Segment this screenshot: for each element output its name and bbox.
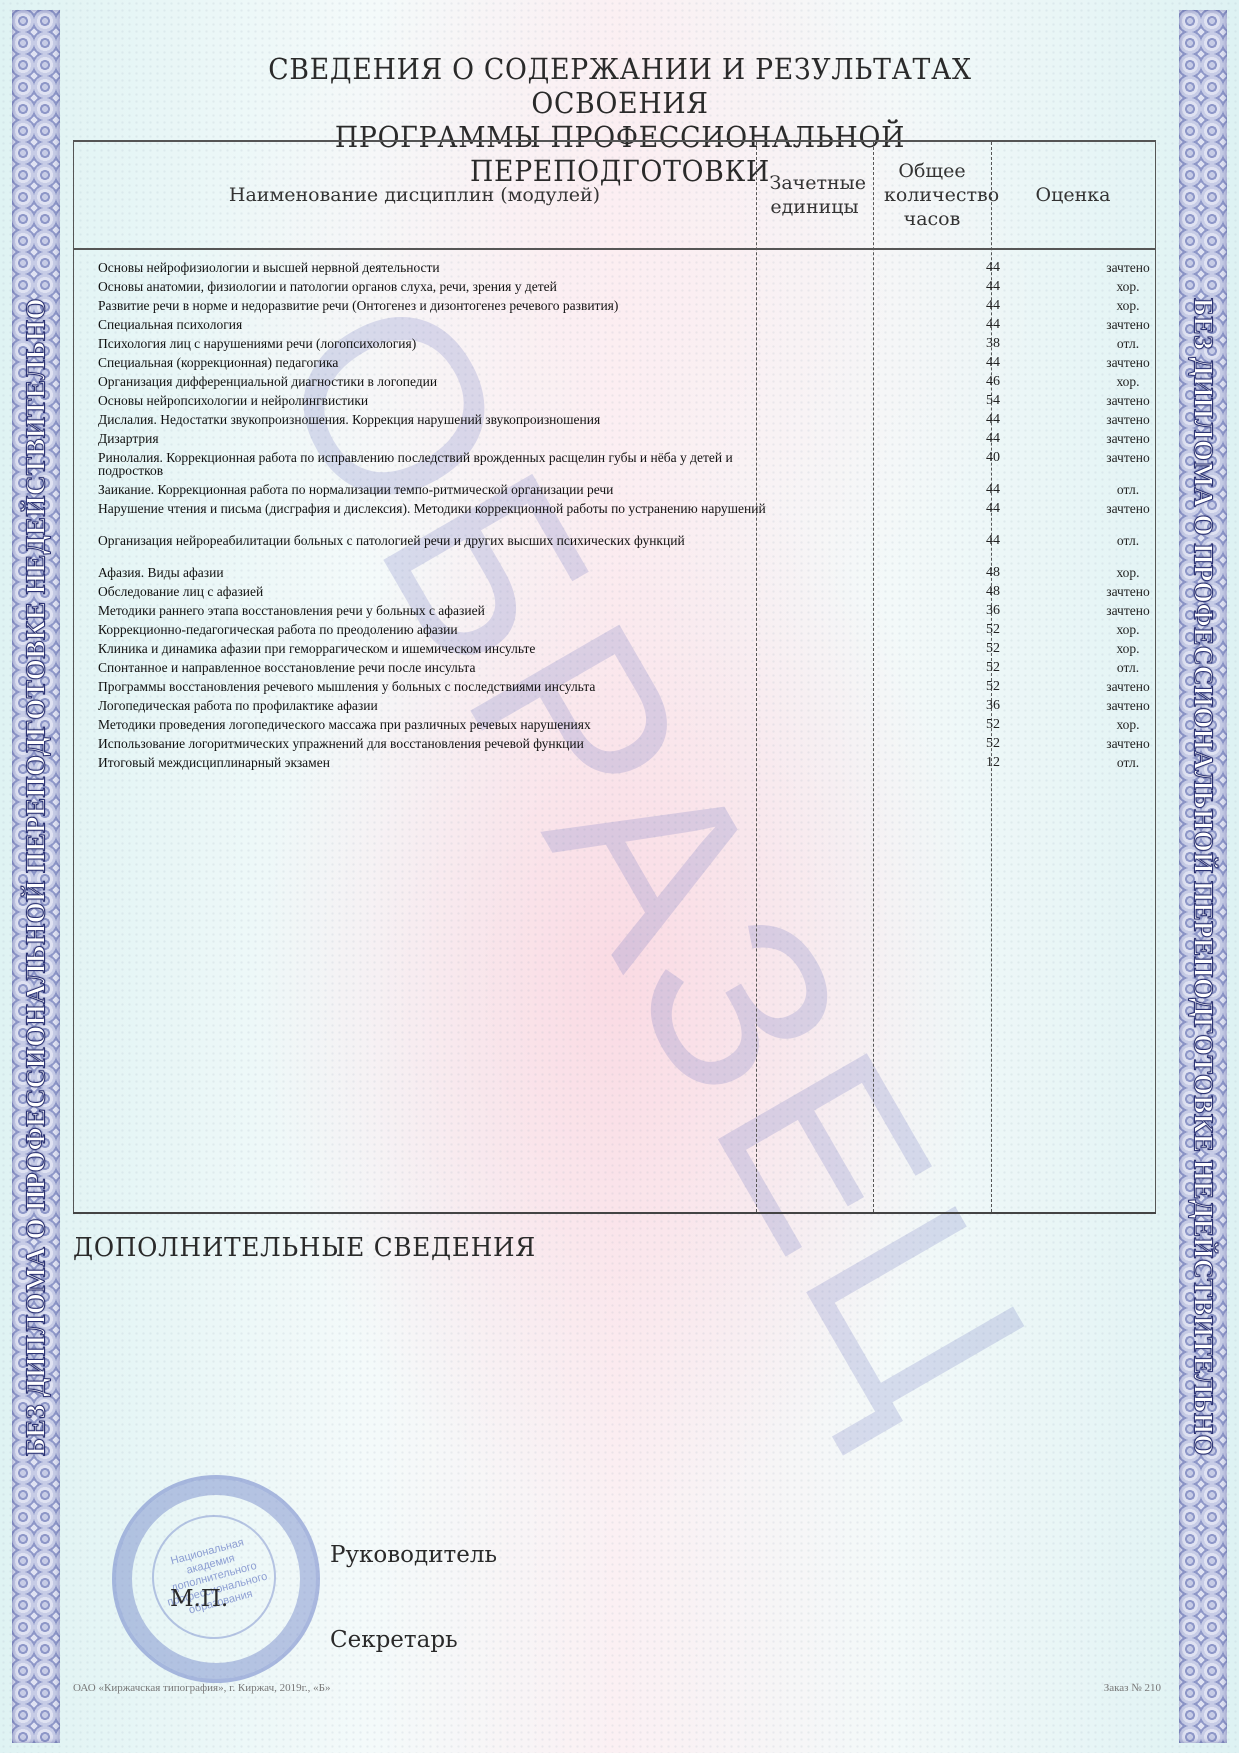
discipline-hours: 44: [958, 502, 1028, 515]
discipline-hours: 52: [958, 661, 1028, 674]
discipline-name: Специальная (коррекционная) педагогика: [98, 356, 768, 369]
discipline-name: Дизартрия: [98, 432, 768, 445]
table-row: Спонтанное и направленное восстановление…: [73, 661, 1156, 680]
table-row: Дизартрия44зачтено: [73, 432, 1156, 451]
table-row: Использование логоритмических упражнений…: [73, 737, 1156, 756]
discipline-name: Программы восстановления речевого мышлен…: [98, 680, 768, 693]
header-hours-label: Общее количество часов: [884, 159, 980, 231]
disciplines-table: Наименование дисциплин (модулей) Зачетны…: [73, 140, 1156, 1214]
title-line-1: СВЕДЕНИЯ О СОДЕРЖАНИИ И РЕЗУЛЬТАТАХ ОСВО…: [188, 52, 1053, 120]
discipline-hours: 52: [958, 737, 1028, 750]
discipline-hours: 46: [958, 375, 1028, 388]
table-row: Организация нейрореабилитации больных с …: [73, 534, 1156, 566]
secretary-signature-label: Секретарь: [330, 1627, 458, 1653]
discipline-name: Основы нейрофизиологии и высшей нервной …: [98, 261, 768, 274]
table-row: Развитие речи в норме и недоразвитие реч…: [73, 299, 1156, 318]
discipline-name: Психология лиц с нарушениями речи (логоп…: [98, 337, 768, 350]
discipline-name: Спонтанное и направленное восстановление…: [98, 661, 768, 674]
table-row: Основы анатомии, физиологии и патологии …: [73, 280, 1156, 299]
table-row: Логопедическая работа по профилактике аф…: [73, 699, 1156, 718]
discipline-hours: 52: [958, 680, 1028, 693]
discipline-grade: отл.: [1073, 756, 1183, 769]
header-hours: Общее количество часов: [873, 142, 991, 248]
discipline-hours: 12: [958, 756, 1028, 769]
discipline-hours: 52: [958, 718, 1028, 731]
head-signature-label: Руководитель: [330, 1542, 497, 1568]
discipline-name: Основы анатомии, физиологии и патологии …: [98, 280, 768, 293]
discipline-name: Коррекционно-педагогическая работа по пр…: [98, 623, 768, 636]
border-warning-text: БЕЗ ДИПЛОМА О ПРОФЕССИОНАЛЬНОЙ ПЕРЕПОДГО…: [21, 298, 52, 1456]
discipline-hours: 38: [958, 337, 1028, 350]
security-border-right: БЕЗ ДИПЛОМА О ПРОФЕССИОНАЛЬНОЙ ПЕРЕПОДГО…: [1179, 10, 1227, 1743]
discipline-hours: 44: [958, 432, 1028, 445]
discipline-name: Обследование лиц с афазией: [98, 585, 768, 598]
discipline-name: Методики раннего этапа восстановления ре…: [98, 604, 768, 617]
discipline-hours: 48: [958, 585, 1028, 598]
discipline-hours: 44: [958, 318, 1028, 331]
discipline-name: Логопедическая работа по профилактике аф…: [98, 699, 768, 712]
discipline-hours: 44: [958, 356, 1028, 369]
discipline-grade: хор.: [1073, 280, 1183, 293]
discipline-name: Дислалия. Недостатки звукопроизношения. …: [98, 413, 768, 426]
table-row: Дислалия. Недостатки звукопроизношения. …: [73, 413, 1156, 432]
discipline-name: Методики проведения логопедического масс…: [98, 718, 768, 731]
discipline-name: Ринолалия. Коррекционная работа по испра…: [98, 451, 768, 477]
discipline-grade: зачтено: [1073, 413, 1183, 426]
additional-info-title: ДОПОЛНИТЕЛЬНЫЕ СВЕДЕНИЯ: [73, 1233, 536, 1263]
discipline-hours: 44: [958, 413, 1028, 426]
discipline-name: Клиника и динамика афазии при геморрагич…: [98, 642, 768, 655]
table-row: Итоговый междисциплинарный экзамен12отл.: [73, 756, 1156, 775]
header-credits-label: Зачетные единицы: [770, 171, 860, 219]
printer-info: ОАО «Киржачская типография», г. Киржач, …: [73, 1682, 331, 1694]
discipline-grade: зачтено: [1073, 261, 1183, 274]
table-row: Организация дифференциальной диагностики…: [73, 375, 1156, 394]
discipline-hours: 48: [958, 566, 1028, 579]
discipline-grade: хор.: [1073, 375, 1183, 388]
seal-place-label: М.П.: [170, 1586, 228, 1612]
security-border-left: БЕЗ ДИПЛОМА О ПРОФЕССИОНАЛЬНОЙ ПЕРЕПОДГО…: [12, 10, 60, 1743]
discipline-grade: зачтено: [1073, 604, 1183, 617]
table-row: Афазия. Виды афазии48хор.: [73, 566, 1156, 585]
table-row: Нарушение чтения и письма (дисграфия и д…: [73, 502, 1156, 534]
header-discipline: Наименование дисциплин (модулей): [73, 142, 756, 248]
table-row: Программы восстановления речевого мышлен…: [73, 680, 1156, 699]
discipline-name: Основы нейропсихологии и нейролингвистик…: [98, 394, 768, 407]
header-credits: Зачетные единицы: [756, 142, 873, 248]
discipline-hours: 54: [958, 394, 1028, 407]
discipline-grade: зачтено: [1073, 432, 1183, 445]
discipline-name: Нарушение чтения и письма (дисграфия и д…: [98, 502, 768, 515]
table-row: Специальная психология44зачтено: [73, 318, 1156, 337]
discipline-grade: отл.: [1073, 534, 1183, 547]
discipline-grade: отл.: [1073, 337, 1183, 350]
discipline-hours: 44: [958, 534, 1028, 547]
discipline-hours: 44: [958, 299, 1028, 312]
discipline-hours: 40: [958, 451, 1028, 464]
table-row: Основы нейрофизиологии и высшей нервной …: [73, 261, 1156, 280]
table-row: Клиника и динамика афазии при геморрагич…: [73, 642, 1156, 661]
discipline-grade: хор.: [1073, 642, 1183, 655]
discipline-name: Специальная психология: [98, 318, 768, 331]
discipline-hours: 52: [958, 623, 1028, 636]
discipline-grade: зачтено: [1073, 502, 1183, 515]
discipline-name: Заикание. Коррекционная работа по нормал…: [98, 483, 768, 496]
table-row: Методики раннего этапа восстановления ре…: [73, 604, 1156, 623]
discipline-grade: зачтено: [1073, 318, 1183, 331]
discipline-hours: 36: [958, 699, 1028, 712]
order-number: Заказ № 210: [1104, 1682, 1161, 1694]
table-row: Обследование лиц с афазией48зачтено: [73, 585, 1156, 604]
discipline-grade: зачтено: [1073, 737, 1183, 750]
discipline-grade: хор.: [1073, 718, 1183, 731]
discipline-grade: отл.: [1073, 483, 1183, 496]
table-row: Методики проведения логопедического масс…: [73, 718, 1156, 737]
discipline-hours: 44: [958, 483, 1028, 496]
discipline-grade: хор.: [1073, 299, 1183, 312]
discipline-name: Развитие речи в норме и недоразвитие реч…: [98, 299, 768, 312]
discipline-grade: хор.: [1073, 623, 1183, 636]
discipline-name: Итоговый междисциплинарный экзамен: [98, 756, 768, 769]
discipline-grade: зачтено: [1073, 451, 1183, 464]
table-row: Заикание. Коррекционная работа по нормал…: [73, 483, 1156, 502]
table-row: Ринолалия. Коррекционная работа по испра…: [73, 451, 1156, 483]
discipline-hours: 36: [958, 604, 1028, 617]
discipline-grade: зачтено: [1073, 585, 1183, 598]
discipline-name: Организация дифференциальной диагностики…: [98, 375, 768, 388]
discipline-grade: зачтено: [1073, 680, 1183, 693]
discipline-name: Использование логоритмических упражнений…: [98, 737, 768, 750]
discipline-grade: хор.: [1073, 566, 1183, 579]
table-row: Психология лиц с нарушениями речи (логоп…: [73, 337, 1156, 356]
discipline-hours: 44: [958, 261, 1028, 274]
table-row: Специальная (коррекционная) педагогика44…: [73, 356, 1156, 375]
stamp-text: Национальная академия дополнительного пр…: [138, 1501, 290, 1653]
discipline-grade: зачтено: [1073, 394, 1183, 407]
border-warning-text: БЕЗ ДИПЛОМА О ПРОФЕССИОНАЛЬНОЙ ПЕРЕПОДГО…: [1188, 298, 1219, 1456]
discipline-grade: отл.: [1073, 661, 1183, 674]
official-stamp: Национальная академия дополнительного пр…: [112, 1475, 320, 1683]
discipline-name: Организация нейрореабилитации больных с …: [98, 534, 768, 547]
discipline-grade: зачтено: [1073, 356, 1183, 369]
table-row: Основы нейропсихологии и нейролингвистик…: [73, 394, 1156, 413]
discipline-hours: 44: [958, 280, 1028, 293]
discipline-name: Афазия. Виды афазии: [98, 566, 768, 579]
discipline-grade: зачтено: [1073, 699, 1183, 712]
header-divider: [73, 248, 1156, 250]
table-row: Коррекционно-педагогическая работа по пр…: [73, 623, 1156, 642]
discipline-hours: 52: [958, 642, 1028, 655]
header-grade: Оценка: [991, 142, 1155, 248]
